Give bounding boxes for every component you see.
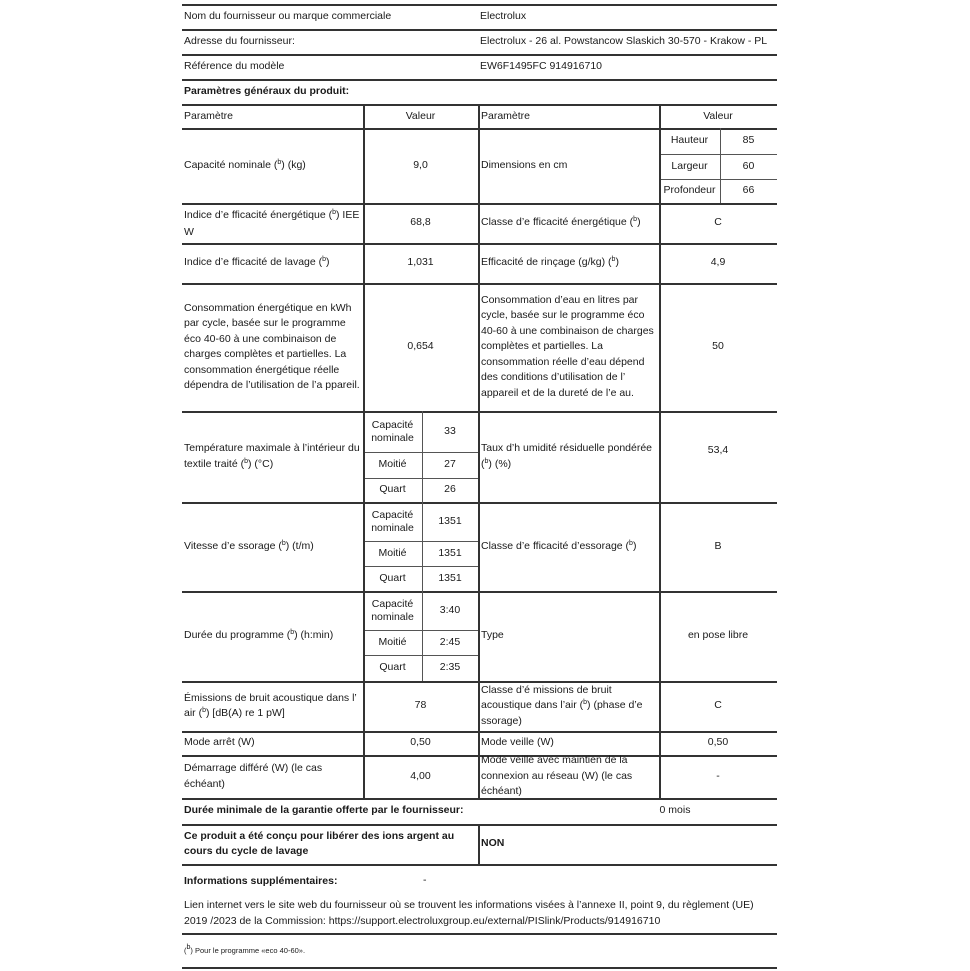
rule	[182, 54, 777, 56]
supplier-name-value: Electrolux	[480, 9, 526, 25]
max-temp-nominal-label: Capacité nominale	[363, 411, 422, 452]
dimension-width-value: 60	[720, 154, 777, 179]
water-consumption-value: 50	[659, 283, 777, 411]
noise-class-label: Classe d’é missions de bruit acoustique …	[481, 681, 657, 731]
capacity-label: Capacité nominale (b) (kg)	[184, 128, 360, 203]
duration-quarter-label: Quart	[363, 655, 422, 681]
rule	[182, 864, 777, 866]
model-reference-value: EW6F1495FC 914916710	[480, 59, 602, 75]
additional-info-label: Informations supplémentaires:	[184, 874, 337, 890]
rinse-label: Efficacité de rinçage (g/kg) (b)	[481, 243, 657, 283]
rule	[182, 104, 777, 106]
eei-label: Indice d’e fficacité énergétique (b) IEE…	[184, 207, 360, 241]
wash-index-label: Indice d’e fficacité de lavage (b)	[184, 243, 360, 283]
dimension-depth-value: 66	[720, 179, 777, 203]
rule	[182, 29, 777, 31]
spin-class-value: B	[659, 502, 777, 591]
duration-nominal-label: Capacité nominale	[363, 591, 422, 630]
dimension-height-value: 85	[720, 128, 777, 154]
rule	[182, 967, 777, 969]
max-temp-half-value: 27	[422, 452, 478, 478]
spin-speed-half-value: 1351	[422, 541, 478, 566]
duration-quarter-value: 2:35	[422, 655, 478, 681]
duration-half-value: 2:45	[422, 630, 478, 655]
dimension-width-label: Largeur	[659, 154, 720, 179]
rule	[182, 4, 777, 6]
column-header-param-right: Paramètre	[481, 109, 530, 125]
max-temp-label: Température maximale à l’intérieur du te…	[184, 411, 360, 502]
column-header-value-left: Valeur	[363, 109, 478, 125]
standby-label: Mode veille (W)	[481, 731, 657, 755]
residual-moisture-value: 53,4	[659, 411, 777, 491]
spin-class-label: Classe d’e fficacité d’essorage (b)	[481, 502, 657, 591]
rule	[182, 933, 777, 935]
dimension-height-label: Hauteur	[659, 128, 720, 154]
off-mode-value: 0,50	[363, 731, 478, 755]
column-header-param-left: Paramètre	[184, 109, 233, 125]
type-value: en pose libre	[659, 591, 777, 681]
column-header-value-right: Valeur	[659, 109, 777, 125]
duration-nominal-value: 3:40	[422, 591, 478, 630]
water-consumption-label: Consommation d’eau en litres par cycle, …	[481, 283, 657, 411]
energy-class-label: Classe d’e fficacité énergétique (b)	[481, 203, 657, 243]
supplier-link-text[interactable]: Lien internet vers le site web du fourni…	[184, 898, 779, 929]
rule	[478, 824, 480, 864]
networked-standby-value: -	[659, 755, 777, 798]
additional-info-value: -	[423, 873, 427, 889]
spin-speed-nominal-value: 1351	[422, 502, 478, 541]
spin-speed-quarter-value: 1351	[422, 566, 478, 591]
energy-class-value: C	[659, 203, 777, 243]
spin-speed-nominal-label: Capacité nominale	[363, 502, 422, 541]
dimensions-label: Dimensions en cm	[481, 128, 657, 203]
warranty-value: 0 mois	[620, 798, 730, 824]
warranty-label: Durée minimale de la garantie offerte pa…	[184, 798, 584, 824]
off-mode-label: Mode arrêt (W)	[184, 731, 360, 755]
max-temp-quarter-label: Quart	[363, 478, 422, 502]
noise-value: 78	[363, 681, 478, 731]
footnote: (b) Pour le programme «eco 40-60».	[184, 943, 305, 959]
noise-label: Émissions de bruit acoustique dans l’ ai…	[184, 681, 360, 731]
silver-ions-value: NON	[481, 824, 581, 864]
residual-moisture-label: Taux d’h umidité résiduelle pondérée (b)…	[481, 411, 657, 502]
eei-value: 68,8	[363, 203, 478, 243]
networked-standby-label: Mode veille avec maintien de la connexio…	[481, 755, 651, 798]
noise-class-value: C	[659, 681, 777, 731]
duration-half-label: Moitié	[363, 630, 422, 655]
section-title: Paramètres généraux du produit:	[184, 84, 349, 100]
spin-speed-quarter-label: Quart	[363, 566, 422, 591]
delay-start-value: 4,00	[363, 755, 478, 798]
max-temp-nominal-value: 33	[422, 411, 478, 452]
capacity-value: 9,0	[363, 128, 478, 203]
rinse-value: 4,9	[659, 243, 777, 283]
supplier-name-label: Nom du fournisseur ou marque commerciale	[184, 9, 391, 25]
delay-start-label: Démarrage différé (W) (le cas échéant)	[184, 755, 334, 798]
model-reference-label: Référence du modèle	[184, 59, 284, 75]
silver-ions-label: Ce produit a été conçu pour libérer des …	[184, 824, 476, 864]
standby-value: 0,50	[659, 731, 777, 755]
max-temp-half-label: Moitié	[363, 452, 422, 478]
supplier-address-label: Adresse du fournisseur:	[184, 34, 295, 50]
rule	[478, 104, 480, 798]
spin-speed-half-label: Moitié	[363, 541, 422, 566]
dimension-depth-label: Profondeur	[659, 179, 720, 203]
duration-label: Durée du programme (b) (h:min)	[184, 591, 360, 681]
energy-consumption-value: 0,654	[363, 283, 478, 411]
wash-index-value: 1,031	[363, 243, 478, 283]
spin-speed-label: Vitesse d’e ssorage (b) (t/m)	[184, 502, 360, 591]
energy-consumption-label: Consommation énergétique en kWh par cycl…	[184, 283, 360, 411]
max-temp-quarter-value: 26	[422, 478, 478, 502]
supplier-address-value: Electrolux - 26 al. Powstancow Slaskich …	[480, 34, 767, 50]
type-label: Type	[481, 591, 657, 681]
rule	[182, 79, 777, 81]
